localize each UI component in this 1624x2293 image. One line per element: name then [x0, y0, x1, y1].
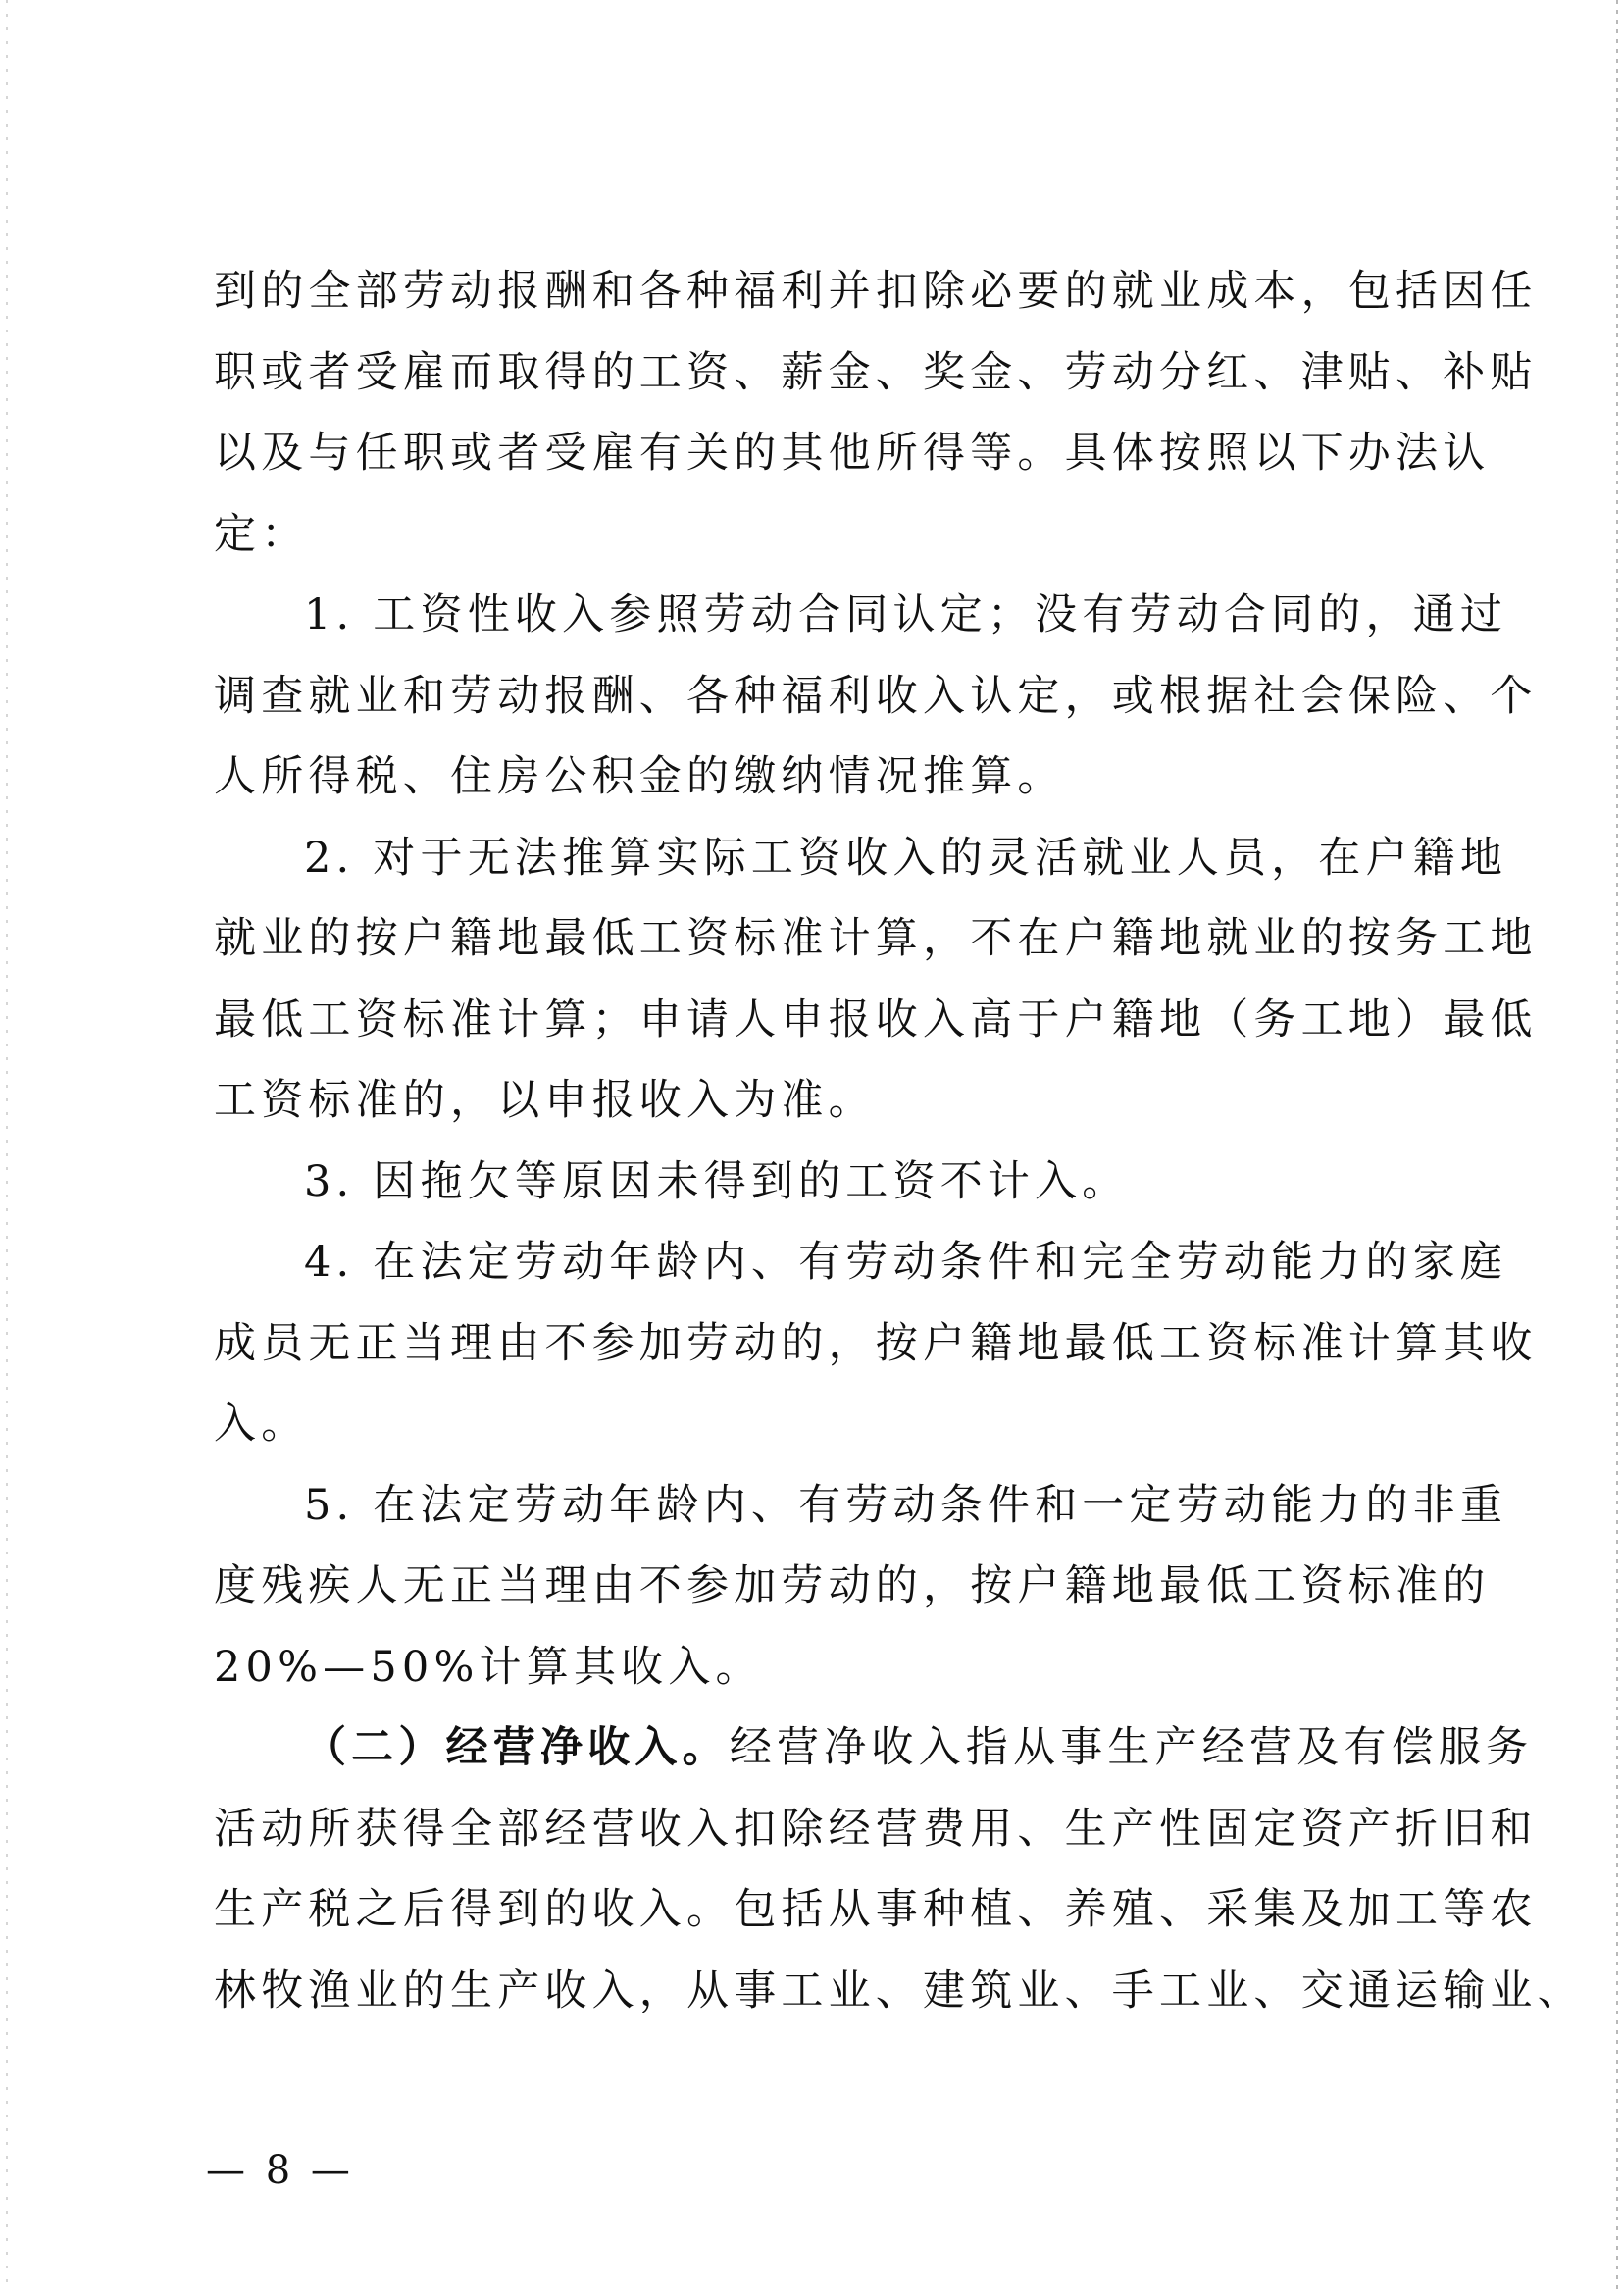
document-page: 到的全部劳动报酬和各种福利并扣除必要的就业成本，包括因任 职或者受雇而取得的工资…: [0, 0, 1624, 2293]
text-line: 人所得税、住房公积金的缴纳情况推算。: [214, 737, 1418, 818]
list-item-1-line: 1. 工资性收入参照劳动合同认定；没有劳动合同的，通过: [214, 575, 1418, 656]
body-text: 到的全部劳动报酬和各种福利并扣除必要的就业成本，包括因任 职或者受雇而取得的工资…: [214, 251, 1418, 2031]
text-line: 林牧渔业的生产收入，从事工业、建筑业、手工业、交通运输业、: [214, 1951, 1418, 2032]
text-line: 定：: [214, 494, 1418, 576]
text-line: 到的全部劳动报酬和各种福利并扣除必要的就业成本，包括因任: [214, 251, 1418, 332]
text-line: 成员无正当理由不参加劳动的，按户籍地最低工资标准计算其收: [214, 1303, 1418, 1385]
section-two-heading: （二）经营净收入。: [304, 1723, 730, 1772]
list-item-2-line: 2. 对于无法推算实际工资收入的灵活就业人员，在户籍地: [214, 818, 1418, 899]
text-line: 度残疾人无正当理由不参加劳动的，按户籍地最低工资标准的: [214, 1546, 1418, 1627]
text-line: 入。: [214, 1384, 1418, 1465]
text-line: 职或者受雇而取得的工资、薪金、奖金、劳动分红、津贴、补贴: [214, 332, 1418, 414]
page-number: — 8 —: [206, 2148, 354, 2193]
text-line: 生产税之后得到的收入。包括从事种植、养殖、采集及加工等农: [214, 1869, 1418, 1951]
list-item-5-line: 5. 在法定劳动年龄内、有劳动条件和一定劳动能力的非重: [214, 1465, 1418, 1547]
scan-edge-right: [1616, 0, 1618, 2293]
text-line: 就业的按户籍地最低工资标准计算，不在户籍地就业的按务工地: [214, 898, 1418, 980]
scan-edge-left: [6, 0, 8, 2293]
text-line: 工资标准的，以申报收入为准。: [214, 1060, 1418, 1142]
text-line: 20%—50%计算其收入。: [214, 1627, 1418, 1708]
list-item-4-line: 4. 在法定劳动年龄内、有劳动条件和完全劳动能力的家庭: [214, 1222, 1418, 1303]
section-two-first-line: （二）经营净收入。经营净收入指从事生产经营及有偿服务: [214, 1707, 1418, 1789]
section-two-text: 经营净收入指从事生产经营及有偿服务: [730, 1723, 1533, 1772]
text-line: 调查就业和劳动报酬、各种福利收入认定，或根据社会保险、个: [214, 656, 1418, 738]
text-line: 最低工资标准计算；申请人申报收入高于户籍地（务工地）最低: [214, 980, 1418, 1061]
list-item-3-line: 3. 因拖欠等原因未得到的工资不计入。: [214, 1142, 1418, 1223]
text-line: 活动所获得全部经营收入扣除经营费用、生产性固定资产折旧和: [214, 1789, 1418, 1870]
text-line: 以及与任职或者受雇有关的其他所得等。具体按照以下办法认: [214, 413, 1418, 494]
